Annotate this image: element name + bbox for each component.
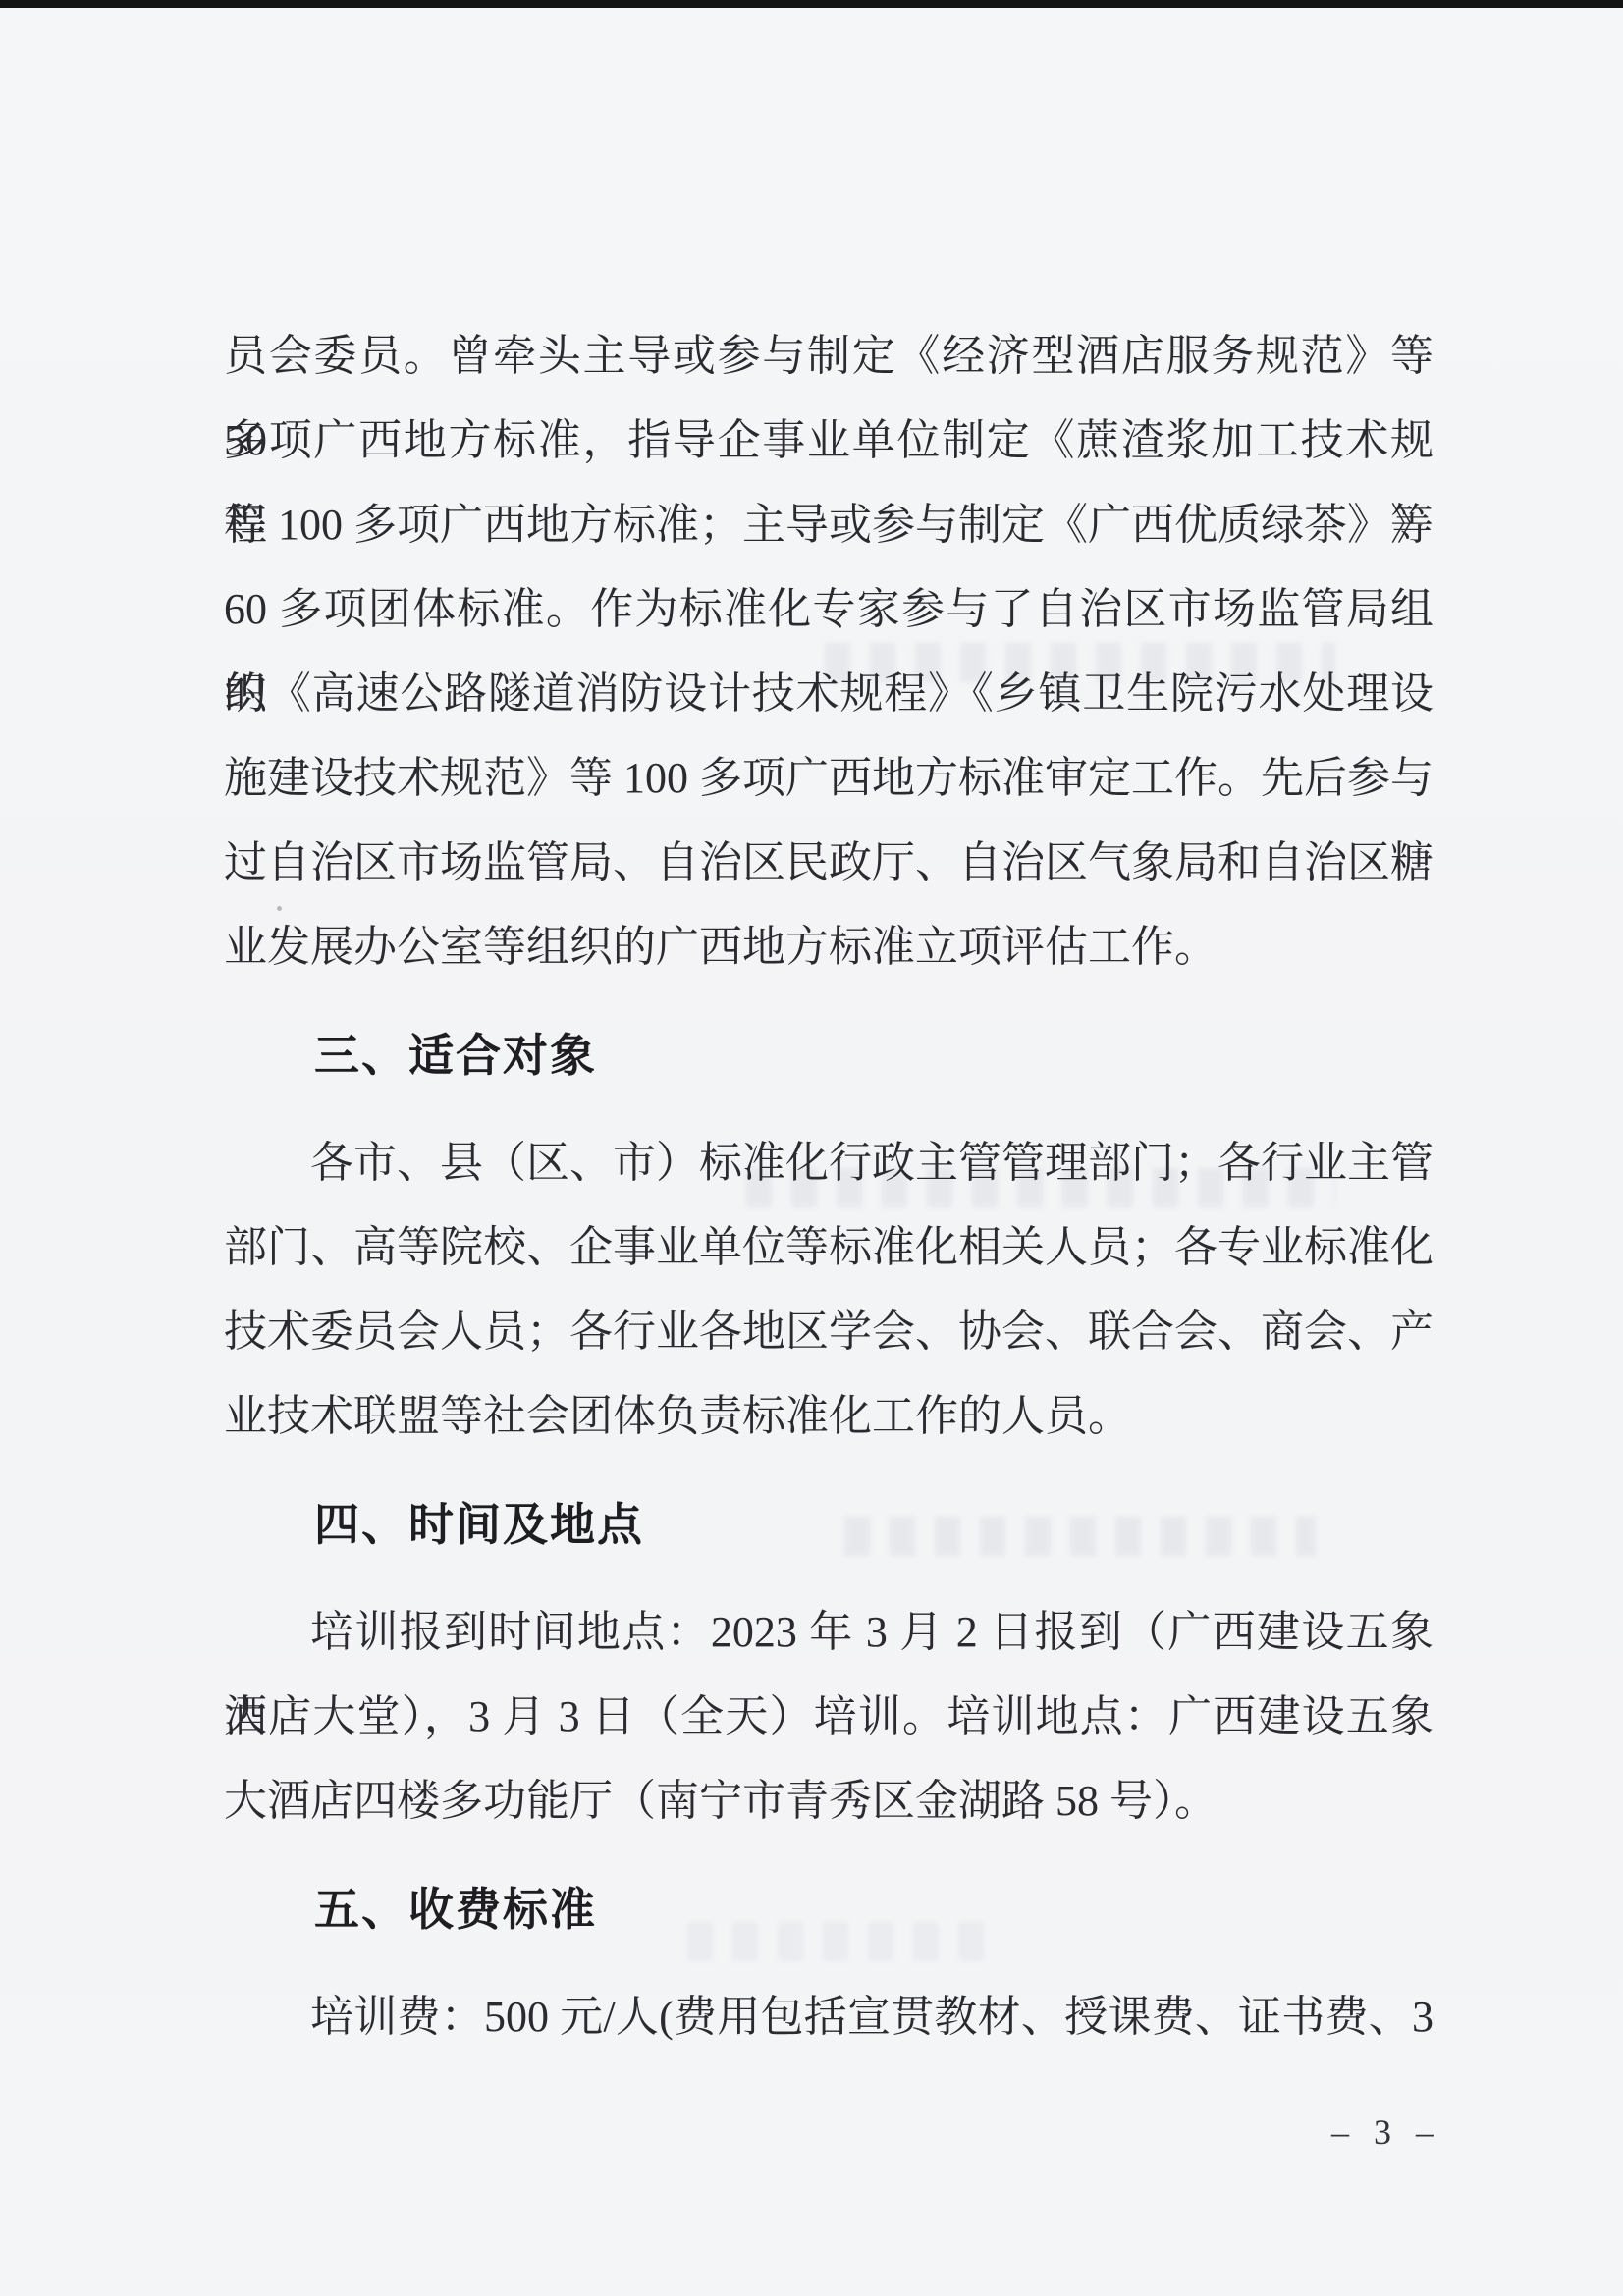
text-line: 各市、县（区、市）标准化行政主管管理部门；各行业主管: [224, 1121, 1434, 1205]
text-line: 等 100 多项广西地方标准；主导或参与制定《广西优质绿茶》等: [224, 483, 1434, 567]
scan-edge-artifact: [0, 0, 1623, 8]
body-paragraph: 培训费：500 元/人(费用包括宣贯教材、授课费、证书费、3: [224, 1975, 1434, 2059]
text-line: 培训费：500 元/人(费用包括宣贯教材、授课费、证书费、3: [224, 1975, 1434, 2059]
body-paragraph: 培训报到时间地点：2023 年 3 月 2 日报到（广西建设五象大酒店大堂），3…: [224, 1590, 1434, 1843]
text-line: 员会委员。曾牵头主导或参与制定《经济型酒店服务规范》等 50: [224, 314, 1434, 399]
text-line: 培训报到时间地点：2023 年 3 月 2 日报到（广西建设五象大: [224, 1590, 1434, 1675]
text-line: 多项广西地方标准，指导企事业单位制定《蔗渣浆加工技术规程》: [224, 399, 1434, 483]
text-line: 部门、高等院校、企事业单位等标准化相关人员；各专业标准化: [224, 1205, 1434, 1290]
text-line: 酒店大堂），3 月 3 日（全天）培训。培训地点：广西建设五象: [224, 1675, 1434, 1759]
text-line: 技术委员会人员；各行业各地区学会、协会、联合会、商会、产: [224, 1290, 1434, 1374]
document-page: 员会委员。曾牵头主导或参与制定《经济型酒店服务规范》等 50多项广西地方标准，指…: [0, 0, 1623, 2296]
page-number: – 3 –: [1331, 2109, 1441, 2156]
section-heading: 四、时间及地点: [224, 1482, 1434, 1567]
text-line: 业发展办公室等组织的广西地方标准立项评估工作。: [224, 905, 1434, 989]
text-line: 业技术联盟等社会团体负责标准化工作的人员。: [224, 1374, 1434, 1459]
body-paragraph: 各市、县（区、市）标准化行政主管管理部门；各行业主管部门、高等院校、企事业单位等…: [224, 1121, 1434, 1459]
text-line: 施建设技术规范》等 100 多项广西地方标准审定工作。先后参与: [224, 736, 1434, 821]
text-line: 大酒店四楼多功能厅（南宁市青秀区金湖路 58 号）。: [224, 1759, 1434, 1843]
text-line: 过自治区市场监管局、自治区民政厅、自治区气象局和自治区糖: [224, 821, 1434, 905]
section-heading: 三、适合对象: [224, 1013, 1434, 1097]
body-paragraph: 员会委员。曾牵头主导或参与制定《经济型酒店服务规范》等 50多项广西地方标准，指…: [224, 314, 1434, 989]
document-body: 员会委员。曾牵头主导或参与制定《经济型酒店服务规范》等 50多项广西地方标准，指…: [224, 314, 1434, 2059]
text-line: 的《高速公路隧道消防设计技术规程》《乡镇卫生院污水处理设: [224, 652, 1434, 736]
text-line: 60 多项团体标准。作为标准化专家参与了自治区市场监管局组织: [224, 567, 1434, 652]
section-heading: 五、收费标准: [224, 1867, 1434, 1951]
